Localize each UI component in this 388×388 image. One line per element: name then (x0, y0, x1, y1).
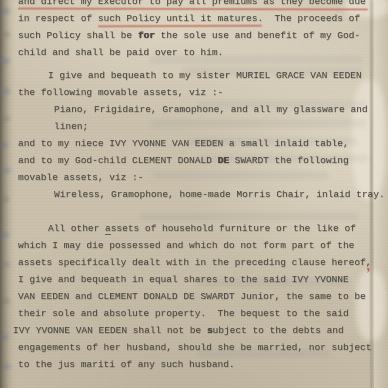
margin-ink-smudge (1, 298, 10, 304)
margin-ink-smudge (1, 116, 10, 121)
text-line: engagements of her husband, should she b… (18, 339, 374, 356)
scanned-document-page: and direct my Executor to pay all premiu… (0, 0, 388, 388)
line-text: ubject to the debts and (213, 325, 344, 336)
line-text: I give and bequeath to my sister MURIEL … (48, 70, 362, 81)
margin-ink-smudge (0, 58, 10, 64)
margin-ink-smudge (1, 196, 9, 202)
text-line: assets specifically dealt with in the pr… (18, 254, 374, 271)
line-text: such Policy shall be (18, 30, 138, 41)
text-line: their sole and absolute property. The be… (18, 305, 374, 322)
text-line: movable assets, viz :- (18, 169, 374, 186)
line-text: to the jus mariti of any such husband. (18, 359, 235, 370)
overstruck-word: for (138, 30, 155, 41)
line-text: the following movable assets, viz :- (18, 87, 223, 98)
text-line: which I may die possessed and which do n… (18, 237, 374, 254)
text-line: Wireless, Gramophone, home-made Morris C… (18, 186, 374, 203)
text-line: I give and bequeath in equal shares to t… (18, 271, 374, 288)
margin-ink-smudge (0, 334, 8, 340)
text-line: such Policy shall be for the sole use an… (18, 27, 374, 44)
line-text: VAN EEDEN and CLEMENT DONALD DE SWARDT J… (18, 291, 366, 302)
line-text: linen; (54, 121, 88, 132)
text-line: the following movable assets, viz :- (18, 84, 374, 101)
line-text: Wireless, Gramophone, home-made Morris C… (54, 189, 385, 200)
margin-ink-smudge (0, 232, 9, 238)
text-line: and to my niece IVY YVONNE VAN EEDEN a s… (18, 135, 374, 152)
line-text: and to my niece IVY YVONNE VAN EEDEN a s… (18, 138, 349, 149)
typewritten-text-block: and direct my Executor to pay all premiu… (18, 0, 374, 373)
line-text: SWARDT the following (229, 155, 349, 166)
text-line: to the jus mariti of any such husband. (18, 356, 374, 373)
line-text: IVY YVONNE VAN EEDEN shall not be (13, 325, 207, 336)
line-text: assets specifically dealt with in the pr… (18, 257, 371, 268)
line-text: in respect of such Policy until it matur… (18, 13, 360, 24)
line-text: and direct my Executor to pay all premiu… (18, 0, 366, 7)
line-text: the sole use and benefit of my God- (155, 30, 360, 41)
line-text: ssets of household furniture or the like… (111, 223, 356, 234)
line-text: and to my God-child CLEMENT DONALD (18, 155, 218, 166)
line-text: child and shall be paid over to him. (18, 47, 223, 58)
line-text: movable assets, viz :- (18, 172, 143, 183)
margin-ink-smudge (0, 142, 8, 148)
margin-ink-smudge (2, 364, 11, 369)
text-line: and to my God-child CLEMENT DONALD DE SW… (18, 152, 374, 169)
text-line: All other assets of household furniture … (18, 220, 374, 237)
text-line: I give and bequeath to my sister MURIEL … (18, 67, 374, 84)
line-text: engagements of her husband, should she b… (18, 342, 371, 353)
margin-ink-smudge (2, 88, 10, 95)
line-text: which I may die possessed and which do n… (18, 240, 354, 251)
text-line: child and shall be paid over to him. (18, 44, 374, 61)
margin-ink-smudge (1, 8, 10, 14)
line-text: their sole and absolute property. The be… (18, 308, 349, 319)
line-text: I give and bequeath in equal shares to t… (18, 274, 349, 285)
line-text: All other (48, 223, 105, 234)
line-text: Piano, Frigidaire, Gramophone, and all m… (54, 104, 368, 115)
text-line: linen; (18, 118, 374, 135)
margin-ink-smudge (2, 168, 11, 173)
margin-ink-smudge (2, 262, 10, 267)
overstruck-word: DE (218, 155, 229, 166)
margin-ink-smudge (2, 32, 10, 37)
text-line: VAN EEDEN and CLEMENT DONALD DE SWARDT J… (18, 288, 374, 305)
text-line: IVY YVONNE VAN EEDEN shall not be subjec… (13, 322, 374, 339)
text-line: Piano, Frigidaire, Gramophone, and all m… (18, 101, 374, 118)
